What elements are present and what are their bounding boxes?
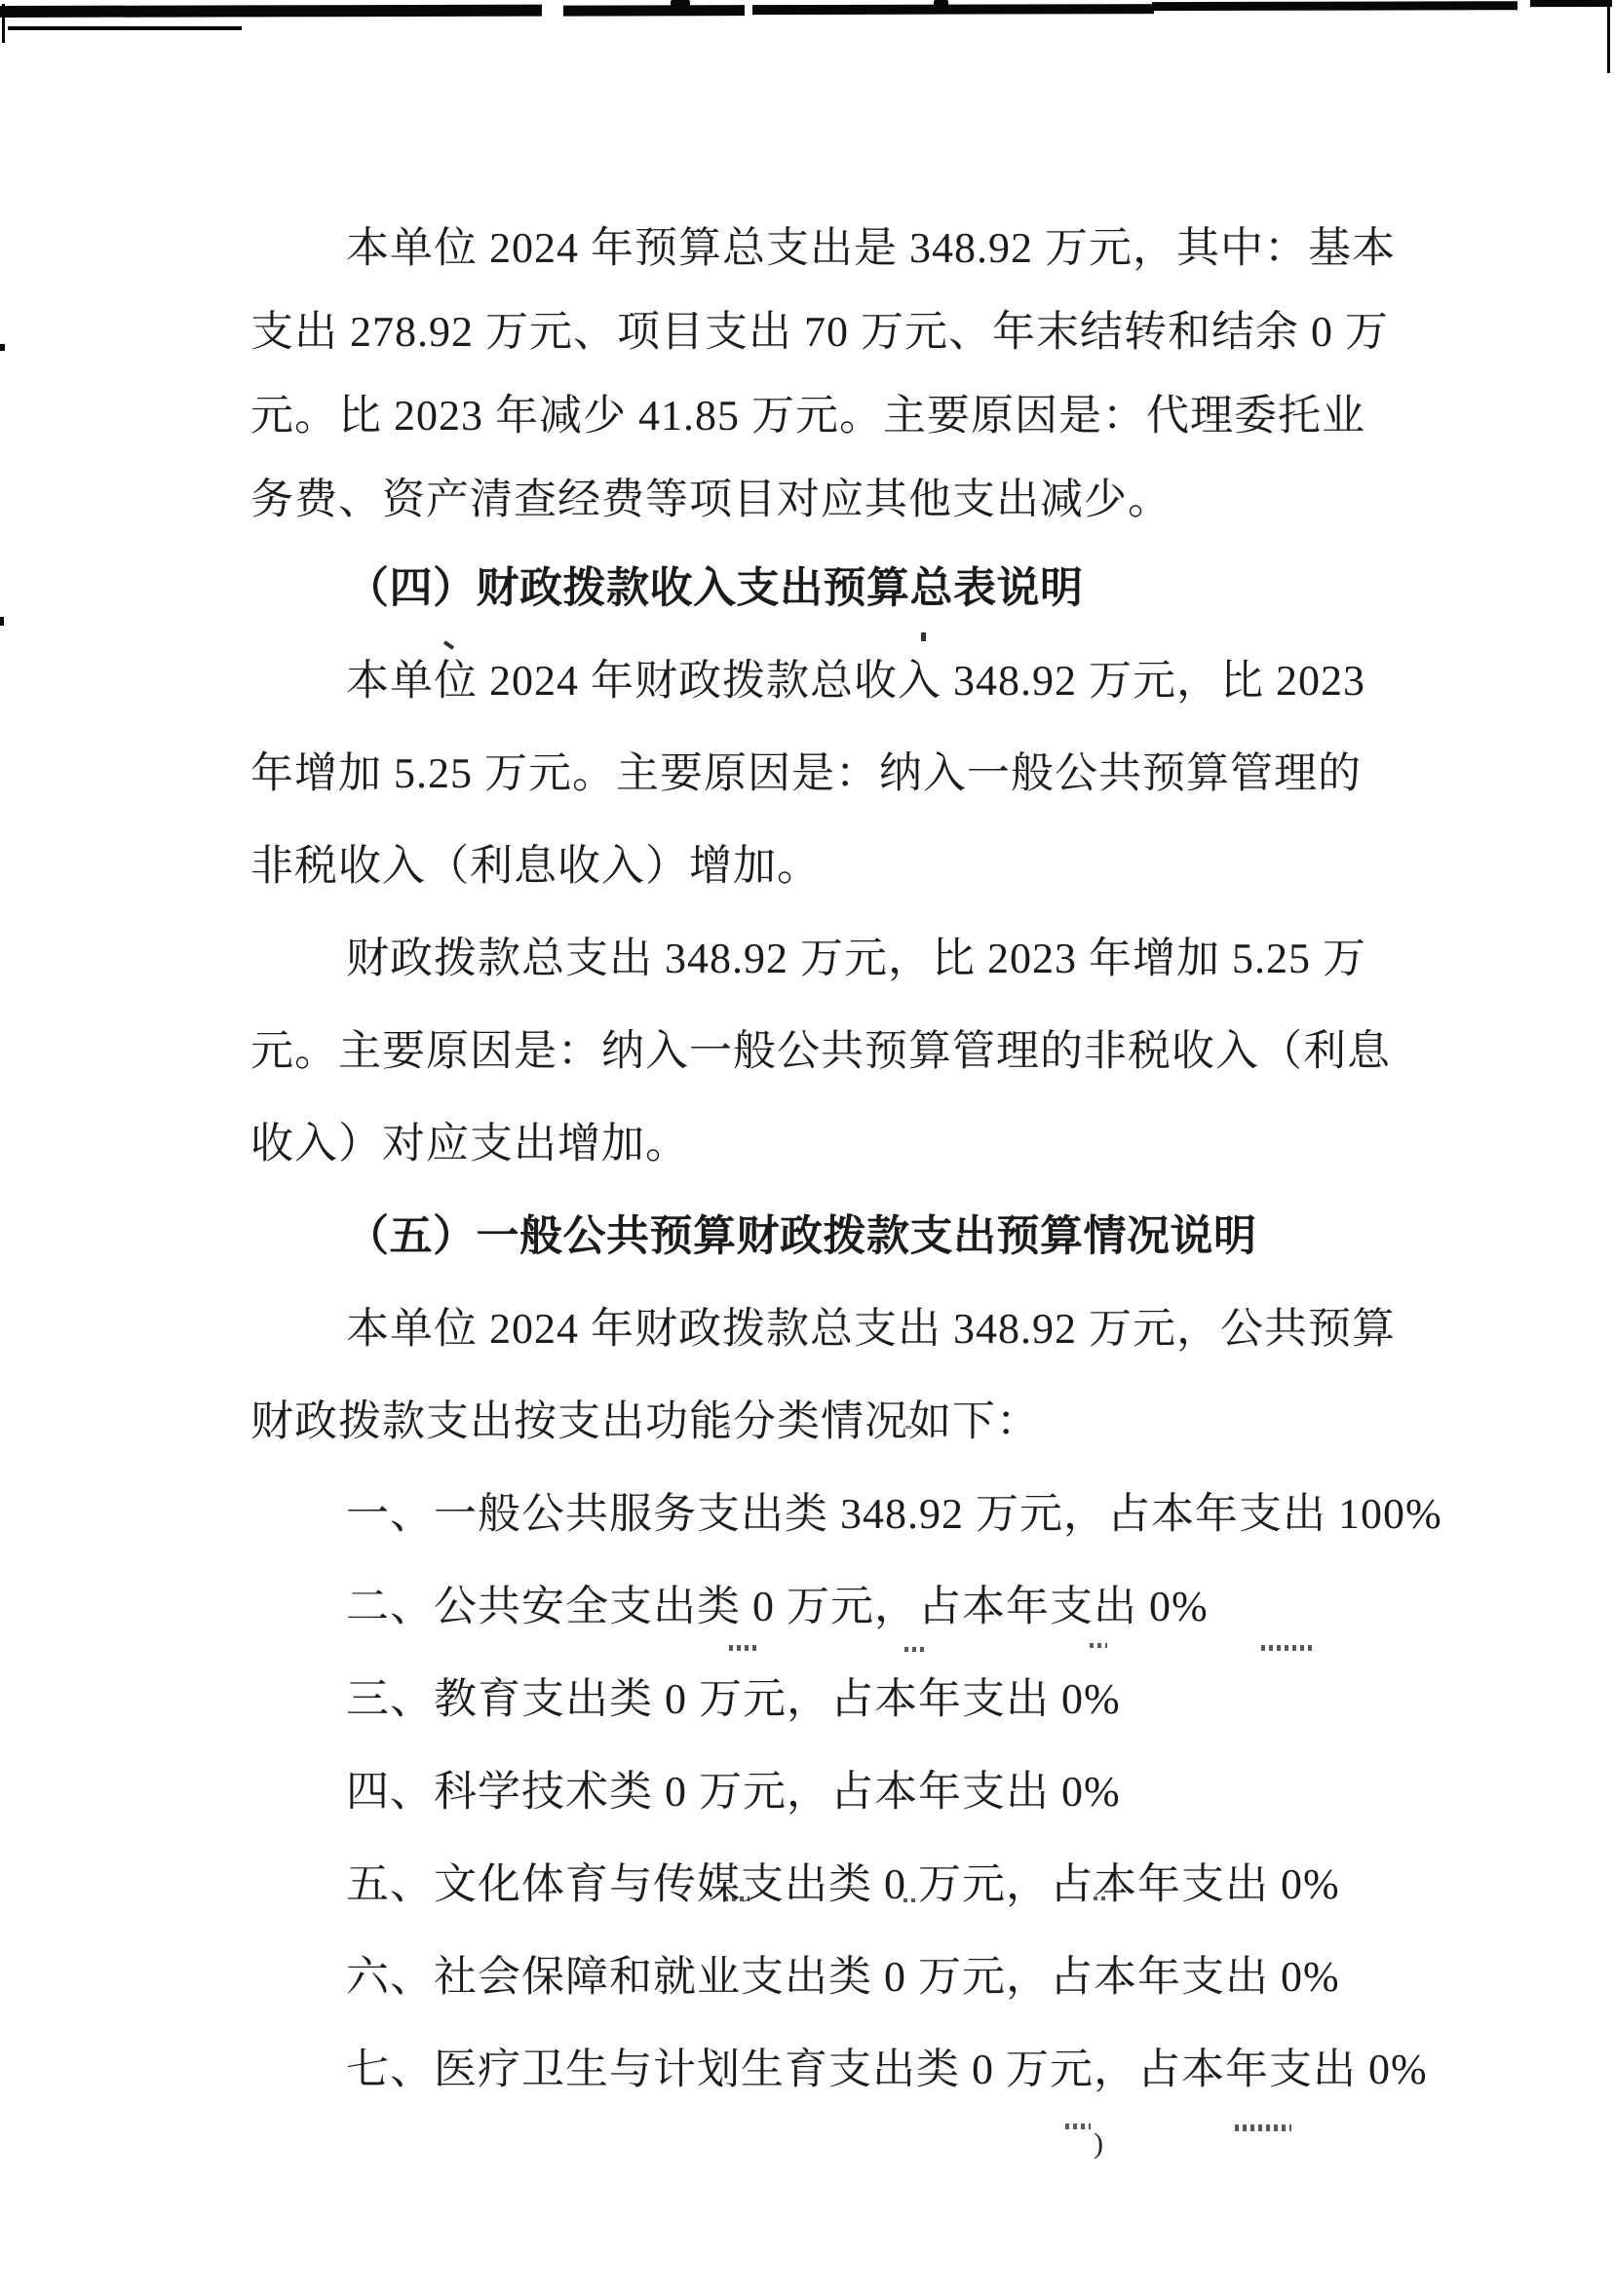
scan-band-thin-line (8, 26, 242, 30)
text-line: 务费、资产清查经费等项目对应其他支出减少。 (250, 458, 1430, 542)
scan-edge-band (0, 0, 1614, 39)
scan-speck (934, 0, 948, 6)
text-line: 收入）对应支出增加。 (250, 1097, 1430, 1190)
text-line: 本单位 2024 年财政拨款总收入 348.92 万元，比 2023 (250, 634, 1430, 727)
scan-band-segment (563, 5, 745, 16)
scan-speck (0, 617, 4, 626)
section-heading: （四）财政拨款收入支出预算总表说明 (250, 542, 1430, 634)
scan-smudge (1235, 2124, 1291, 2131)
text-line: 本单位 2024 年预算总支出是 348.92 万元，其中：基本 (250, 207, 1430, 290)
text-line: 元。比 2023 年减少 41.85 万元。主要原因是：代理委托业 (250, 374, 1430, 458)
section-heading: （五）一般公共预算财政拨款支出预算情况说明 (250, 1190, 1430, 1282)
list-item-line: 一、一般公共服务支出类 348.92 万元，占本年支出 100% (250, 1468, 1430, 1560)
scan-smudge (1065, 2124, 1091, 2129)
scan-band-segment (752, 4, 1154, 15)
scan-band-segment (1530, 0, 1612, 7)
scan-left-edge-line (2, 4, 5, 43)
text-line: 支出 278.92 万元、项目支出 70 万元、年末结转和结余 0 万 (250, 290, 1430, 374)
scan-speck (671, 0, 690, 8)
list-item-line: 四、科学技术类 0 万元，占本年支出 0% (250, 1745, 1430, 1838)
list-item-line: 六、社会保障和就业支出类 0 万元，占本年支出 0% (250, 1931, 1430, 2023)
text-line: 本单位 2024 年财政拨款总支出 348.92 万元，公共预算 (250, 1282, 1430, 1375)
list-item-line: 七、医疗卫生与计划生育支出类 0 万元，占本年支出 0% (250, 2023, 1430, 2116)
text-line: 年增加 5.25 万元。主要原因是：纳入一般公共预算管理的 (250, 727, 1430, 820)
list-item-line: 三、教育支出类 0 万元，占本年支出 0% (250, 1653, 1430, 1745)
scan-band-segment (0, 5, 542, 18)
page-content: 本单位 2024 年预算总支出是 348.92 万元，其中：基本 支出 278.… (250, 207, 1430, 2116)
scan-band-segment (1152, 1, 1518, 11)
list-item-line: 五、文化体育与传媒支出类 0 万元，占本年支出 0% (250, 1838, 1430, 1931)
document-page: ) 本单位 2024 年预算总支出是 348.92 万元，其中：基本 支出 27… (0, 0, 1614, 2296)
text-line: 元。主要原因是：纳入一般公共预算管理的非税收入（利息 (250, 1005, 1430, 1097)
text-line: 财政拨款支出按支出功能分类情况如下： (250, 1375, 1430, 1468)
scan-right-edge-line (1607, 5, 1610, 73)
text-line: 财政拨款总支出 348.92 万元，比 2023 年增加 5.25 万 (250, 912, 1430, 1005)
stray-paren-mark: ) (1094, 2127, 1103, 2161)
list-item-line: 二、公共安全支出类 0 万元，占本年支出 0% (250, 1560, 1430, 1653)
text-line: 非税收入（利息收入）增加。 (250, 820, 1430, 912)
scan-speck (0, 344, 5, 351)
